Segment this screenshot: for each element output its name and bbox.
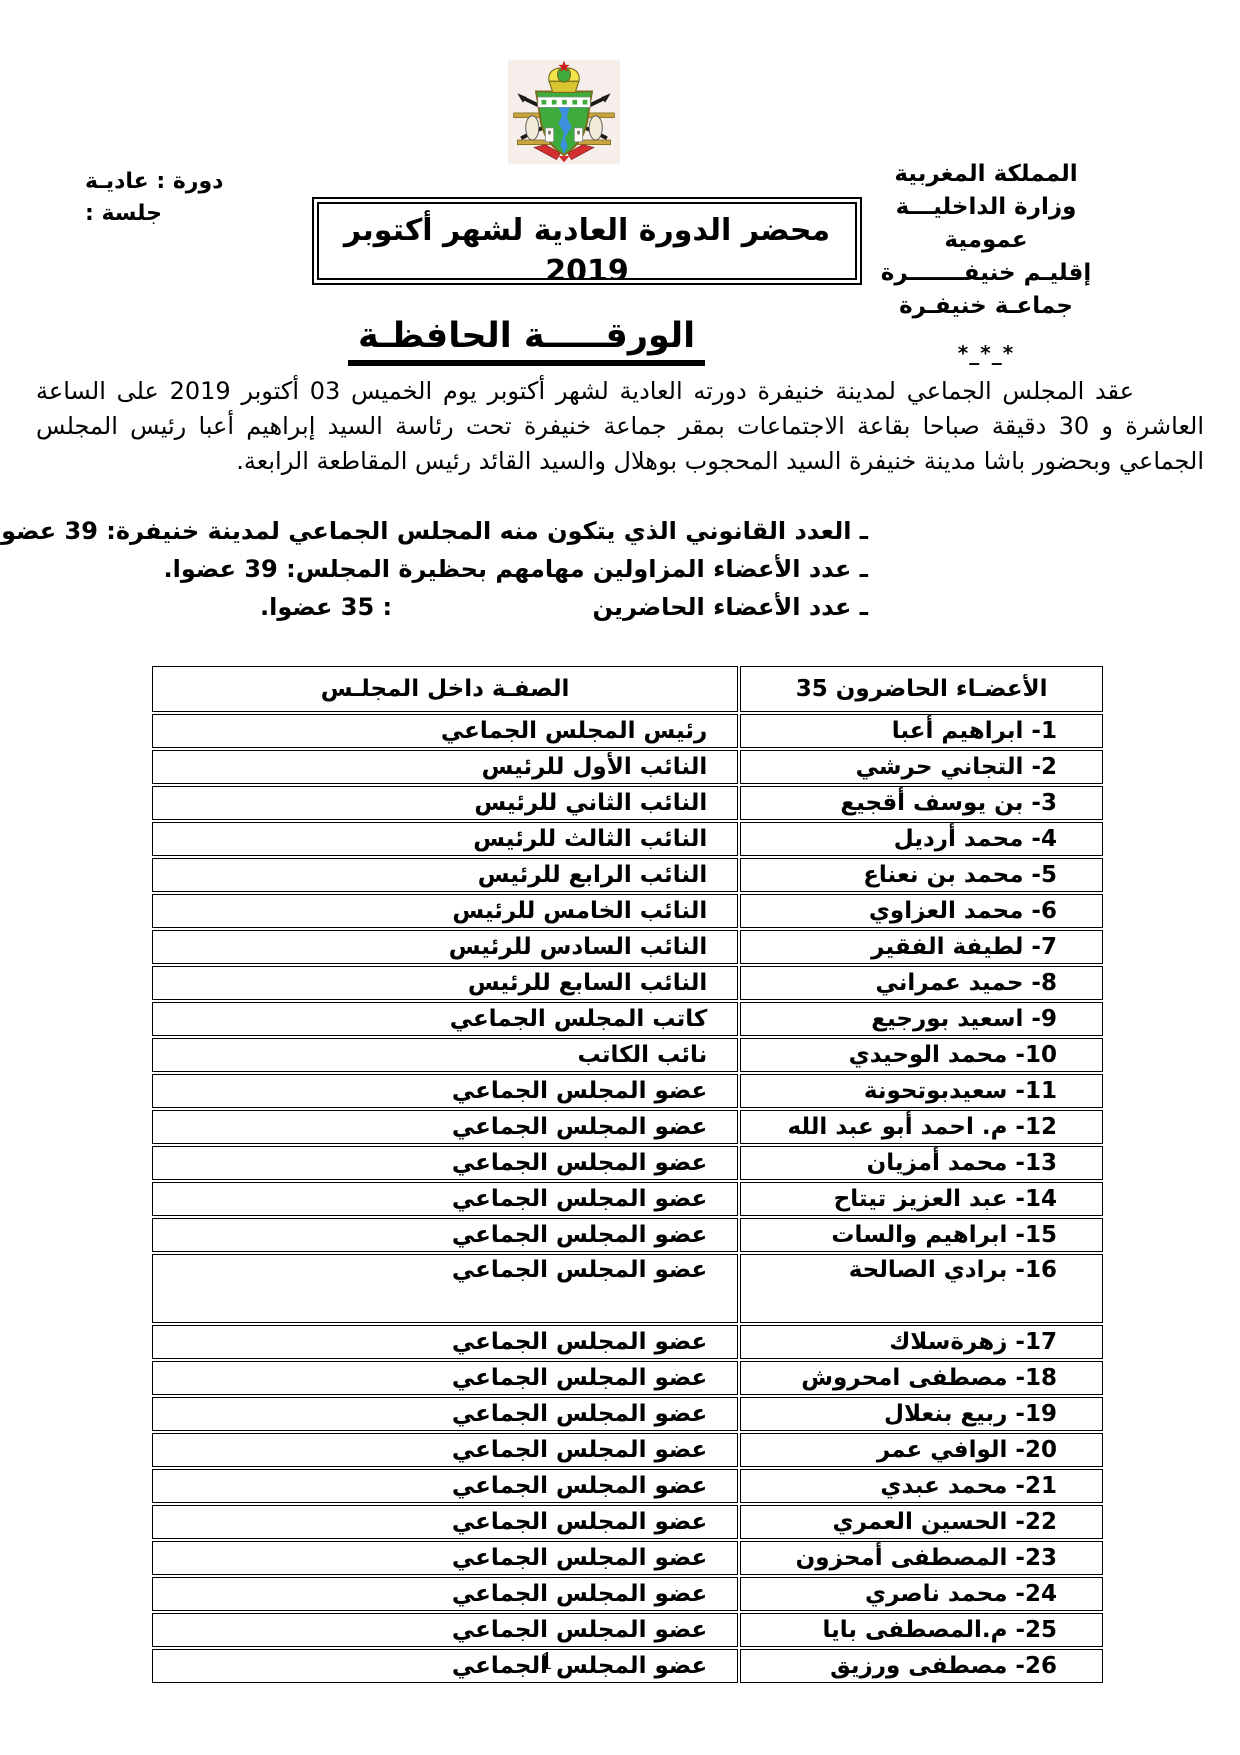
table-row: 23- المصطفى أمحزونعضو المجلس الجماعي xyxy=(152,1541,1103,1575)
document-title-line1: محضر الدورة العادية لشهر أكتوبر xyxy=(319,210,855,252)
document-title-box-inner: محضر الدورة العادية لشهر أكتوبر 2019 xyxy=(317,202,857,280)
member-name-cell: 8- حميد عمراني xyxy=(740,966,1103,1000)
members-table-body: الأعضـاء الحاضرون 35 الصفـة داخل المجلـس… xyxy=(152,666,1103,1683)
stat-value: : 39 عضوا. xyxy=(0,515,116,547)
table-row: 18- مصطفى امحروشعضو المجلس الجماعي xyxy=(152,1361,1103,1395)
member-role-cell: النائب الأول للرئيس xyxy=(152,750,738,784)
table-row: 24- محمد ناصريعضو المجلس الجماعي xyxy=(152,1577,1103,1611)
intro-paragraph: عقد المجلس الجماعي لمدينة خنيفرة دورته ا… xyxy=(36,374,1204,479)
coat-of-arms-icon xyxy=(508,57,620,167)
member-name-cell: 15- ابراهيم والسات xyxy=(740,1218,1103,1252)
member-role-cell: عضو المجلس الجماعي xyxy=(152,1649,738,1683)
member-role-cell: النائب الرابع للرئيس xyxy=(152,858,738,892)
member-role-cell: عضو المجلس الجماعي xyxy=(152,1433,738,1467)
member-name-cell: 3- بن يوسف أقجيع xyxy=(740,786,1103,820)
table-row: 22- الحسين العمريعضو المجلس الجماعي xyxy=(152,1505,1103,1539)
member-name-cell: 19- ربيع بنعلال xyxy=(740,1397,1103,1431)
session-info: دورة : عاديـة جلسة : xyxy=(85,166,255,230)
stat-value: : 39 عضوا. xyxy=(164,553,296,585)
member-name-cell: 14- عبد العزيز تيتاح xyxy=(740,1182,1103,1216)
table-row: 11- سعيدبوتحونةعضو المجلس الجماعي xyxy=(152,1074,1103,1108)
province-name: إقليـم خنيفـــــــرة xyxy=(852,257,1120,290)
table-row: 5- محمد بن نعناعالنائب الرابع للرئيس xyxy=(152,858,1103,892)
table-row: 17- زهرةسلاكعضو المجلس الجماعي xyxy=(152,1325,1103,1359)
member-statistics: ـ العدد القانوني الذي يتكون منه المجلس ا… xyxy=(95,515,868,629)
table-row: 19- ربيع بنعلالعضو المجلس الجماعي xyxy=(152,1397,1103,1431)
member-name-cell: 13- محمد أمزيان xyxy=(740,1146,1103,1180)
member-role-cell: نائب الكاتب xyxy=(152,1038,738,1072)
session-type-line: دورة : عاديـة xyxy=(85,166,255,198)
members-column-header: الأعضـاء الحاضرون 35 xyxy=(740,666,1103,712)
table-row: 21- محمد عبديعضو المجلس الجماعي xyxy=(152,1469,1103,1503)
member-role-cell: عضو المجلس الجماعي xyxy=(152,1074,738,1108)
table-row: 10- محمد الوحيدينائب الكاتب xyxy=(152,1038,1103,1072)
member-role-cell: النائب الثالث للرئيس xyxy=(152,822,738,856)
member-role-cell: عضو المجلس الجماعي xyxy=(152,1110,738,1144)
table-row: 2- التجاني حرشيالنائب الأول للرئيس xyxy=(152,750,1103,784)
member-role-cell: النائب الخامس للرئيس xyxy=(152,894,738,928)
member-role-cell: عضو المجلس الجماعي xyxy=(152,1505,738,1539)
member-role-cell: عضو المجلس الجماعي xyxy=(152,1397,738,1431)
ministry-name: وزارة الداخليـــة xyxy=(852,191,1120,224)
member-role-cell: عضو المجلس الجماعي xyxy=(152,1325,738,1359)
member-name-cell: 2- التجاني حرشي xyxy=(740,750,1103,784)
stat-label: ـ عدد الأعضاء المزاولين مهامهم بحظيرة ال… xyxy=(296,553,868,585)
member-name-cell: 16- برادي الصالحة xyxy=(740,1254,1103,1323)
stat-active-count: ـ عدد الأعضاء المزاولين مهامهم بحظيرة ال… xyxy=(228,553,868,585)
asterisk-separator: *_*_* xyxy=(852,337,1120,370)
member-role-cell: عضو المجلس الجماعي xyxy=(152,1469,738,1503)
table-row: 13- محمد أمزيانعضو المجلس الجماعي xyxy=(152,1146,1103,1180)
member-name-cell: 5- محمد بن نعناع xyxy=(740,858,1103,892)
member-role-cell: عضو المجلس الجماعي xyxy=(152,1577,738,1611)
member-name-cell: 7- لطيفة الفقير xyxy=(740,930,1103,964)
table-row: 15- ابراهيم والساتعضو المجلس الجماعي xyxy=(152,1218,1103,1252)
member-role-cell: عضو المجلس الجماعي xyxy=(152,1218,738,1252)
stat-label: ـ العدد القانوني الذي يتكون منه المجلس ا… xyxy=(116,515,868,547)
member-role-cell: عضو المجلس الجماعي xyxy=(152,1361,738,1395)
stat-legal-count: ـ العدد القانوني الذي يتكون منه المجلس ا… xyxy=(95,515,868,547)
table-row: 7- لطيفة الفقيرالنائب السادس للرئيس xyxy=(152,930,1103,964)
member-name-cell: 12- م. احمد أبو عبد الله xyxy=(740,1110,1103,1144)
meeting-line: جلسة : xyxy=(85,198,255,230)
khenifra-coat-of-arms-logo xyxy=(508,57,620,167)
member-role-cell: كاتب المجلس الجماعي xyxy=(152,1002,738,1036)
member-name-cell: 23- المصطفى أمحزون xyxy=(740,1541,1103,1575)
commune-name: جماعـة خنيفـرة xyxy=(852,290,1120,323)
member-name-cell: 18- مصطفى امحروش xyxy=(740,1361,1103,1395)
member-role-cell: النائب السابع للرئيس xyxy=(152,966,738,1000)
member-name-cell: 1- ابراهيم أعبا xyxy=(740,714,1103,748)
member-name-cell: 20- الوافي عمر xyxy=(740,1433,1103,1467)
member-role-cell: عضو المجلس الجماعي xyxy=(152,1613,738,1647)
member-role-cell: النائب السادس للرئيس xyxy=(152,930,738,964)
stat-value: : 35 عضوا. xyxy=(260,591,392,623)
page-number: 1 xyxy=(540,1650,554,1675)
member-name-cell: 17- زهرةسلاك xyxy=(740,1325,1103,1359)
member-name-cell: 9- اسعيد بورجيع xyxy=(740,1002,1103,1036)
table-row: 14- عبد العزيز تيتاحعضو المجلس الجماعي xyxy=(152,1182,1103,1216)
table-row: 1- ابراهيم أعبارئيس المجلس الجماعي xyxy=(152,714,1103,748)
member-role-cell: عضو المجلس الجماعي xyxy=(152,1182,738,1216)
member-name-cell: 6- محمد العزاوي xyxy=(740,894,1103,928)
role-column-header: الصفـة داخل المجلـس xyxy=(152,666,738,712)
table-row: 26- مصطفى ورزيقعضو المجلس الجماعي xyxy=(152,1649,1103,1683)
table-row: 12- م. احمد أبو عبد اللهعضو المجلس الجما… xyxy=(152,1110,1103,1144)
member-role-cell: عضو المجلس الجماعي xyxy=(152,1254,738,1323)
authority-header: المملكة المغربية وزارة الداخليـــة عمومي… xyxy=(852,158,1120,370)
present-members-table: الأعضـاء الحاضرون 35 الصفـة داخل المجلـس… xyxy=(150,664,1105,1685)
table-row: 8- حميد عمرانيالنائب السابع للرئيس xyxy=(152,966,1103,1000)
table-row: 25- م.المصطفى باياعضو المجلس الجماعي xyxy=(152,1613,1103,1647)
stat-present-count: ـ عدد الأعضاء الحاضرين : 35 عضوا. xyxy=(260,591,868,623)
member-name-cell: 24- محمد ناصري xyxy=(740,1577,1103,1611)
table-row: 4- محمد أرديلالنائب الثالث للرئيس xyxy=(152,822,1103,856)
member-role-cell: عضو المجلس الجماعي xyxy=(152,1146,738,1180)
member-name-cell: 25- م.المصطفى بايا xyxy=(740,1613,1103,1647)
table-header-row: الأعضـاء الحاضرون 35 الصفـة داخل المجلـس xyxy=(152,666,1103,712)
table-row: 9- اسعيد بورجيعكاتب المجلس الجماعي xyxy=(152,1002,1103,1036)
member-role-cell: النائب الثاني للرئيس xyxy=(152,786,738,820)
member-name-cell: 21- محمد عبدي xyxy=(740,1469,1103,1503)
member-name-cell: 26- مصطفى ورزيق xyxy=(740,1649,1103,1683)
stat-label: ـ عدد الأعضاء الحاضرين xyxy=(592,591,868,623)
table-row: 16- برادي الصالحةعضو المجلس الجماعي xyxy=(152,1254,1103,1323)
table-row: 3- بن يوسف أقجيعالنائب الثاني للرئيس xyxy=(152,786,1103,820)
member-name-cell: 4- محمد أرديل xyxy=(740,822,1103,856)
member-role-cell: عضو المجلس الجماعي xyxy=(152,1541,738,1575)
member-name-cell: 22- الحسين العمري xyxy=(740,1505,1103,1539)
table-row: 6- محمد العزاويالنائب الخامس للرئيس xyxy=(152,894,1103,928)
member-role-cell: رئيس المجلس الجماعي xyxy=(152,714,738,748)
member-name-cell: 10- محمد الوحيدي xyxy=(740,1038,1103,1072)
table-row: 20- الوافي عمرعضو المجلس الجماعي xyxy=(152,1433,1103,1467)
member-name-cell: 11- سعيدبوتحونة xyxy=(740,1074,1103,1108)
authority-line3: عمومية xyxy=(852,224,1120,257)
document-title-box: محضر الدورة العادية لشهر أكتوبر 2019 xyxy=(312,197,862,285)
document-title-year: 2019 xyxy=(319,252,855,280)
country-name: المملكة المغربية xyxy=(852,158,1120,191)
section-title: الورقـــــة الحافظـة xyxy=(348,316,705,366)
